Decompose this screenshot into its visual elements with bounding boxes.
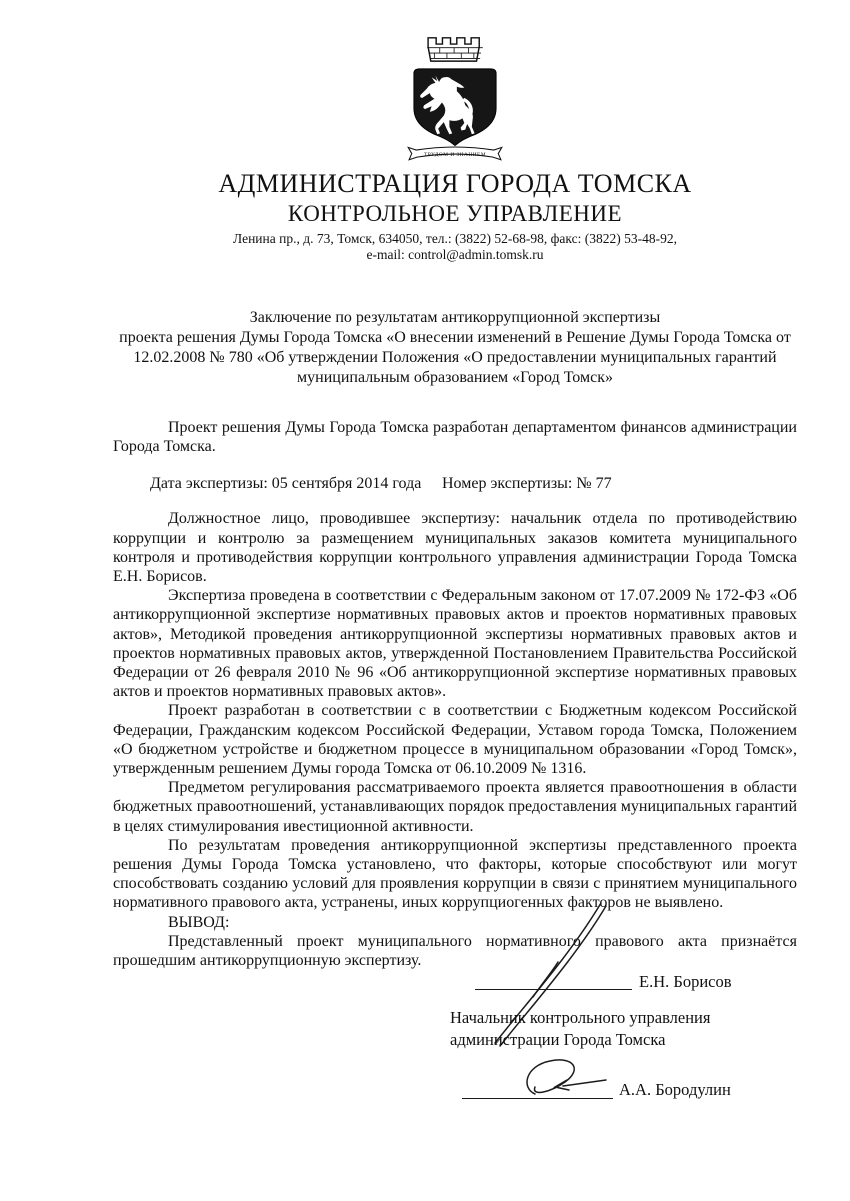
motto-text: ТРУДОМ И ЗНАНИЕМ (424, 152, 486, 158)
signatory-role-block: Начальник контрольного управления админи… (450, 1007, 710, 1051)
tomsk-coat-of-arms: ТРУДОМ И ЗНАНИЕМ (113, 36, 797, 166)
shield-icon (406, 67, 504, 147)
mural-crown-icon (421, 36, 489, 65)
organization-name: АДМИНИСТРАЦИЯ ГОРОДА ТОМСКА (113, 169, 797, 199)
expertise-date: Дата экспертизы: 05 сентября 2014 года (150, 474, 421, 494)
signature-line-borisov (475, 974, 632, 990)
paragraph-developer: Проект решения Думы Города Томска разраб… (113, 418, 797, 456)
document-page: ТРУДОМ И ЗНАНИЕМ АДМИНИСТРАЦИЯ ГОРОДА ТО… (0, 0, 850, 1201)
signatory-name-borisov: Е.Н. Борисов (639, 972, 732, 991)
signature-line-borodulin (462, 1083, 613, 1099)
paragraph-project-basis: Проект разработан в соответствии с в соо… (113, 701, 797, 778)
org-address-line: Ленина пр., д. 73, Томск, 634050, тел.: … (113, 231, 797, 247)
paragraph-legal-basis: Экспертиза проведена в соответствии с Фе… (113, 586, 797, 701)
title-line: 12.02.2008 № 780 «Об утверждении Положен… (113, 348, 797, 368)
paragraph-subject: Предметом регулирования рассматриваемого… (113, 778, 797, 836)
signatory-role-line: Начальник контрольного управления (450, 1007, 710, 1029)
document-title: Заключение по результатам антикоррупцион… (113, 308, 797, 388)
title-line: Заключение по результатам антикоррупцион… (113, 308, 797, 328)
motto-ribbon: ТРУДОМ И ЗНАНИЕМ (397, 143, 513, 166)
department-name: КОНТРОЛЬНОЕ УПРАВЛЕНИЕ (113, 200, 797, 227)
letterhead: ТРУДОМ И ЗНАНИЕМ АДМИНИСТРАЦИЯ ГОРОДА ТО… (113, 0, 797, 262)
expertise-number: Номер экспертизы: № 77 (442, 474, 612, 494)
title-line: муниципальным образованием «Город Томск» (113, 368, 797, 388)
signatory-name-borodulin: А.А. Бородулин (619, 1080, 731, 1099)
org-email-line: e-mail: control@admin.tomsk.ru (113, 247, 797, 263)
title-line: проекта решения Думы Города Томска «О вн… (113, 328, 797, 348)
expertise-meta-row: Дата экспертизы: 05 сентября 2014 года Н… (113, 474, 797, 494)
paragraph-official: Должностное лицо, проводившее экспертизу… (113, 509, 797, 586)
